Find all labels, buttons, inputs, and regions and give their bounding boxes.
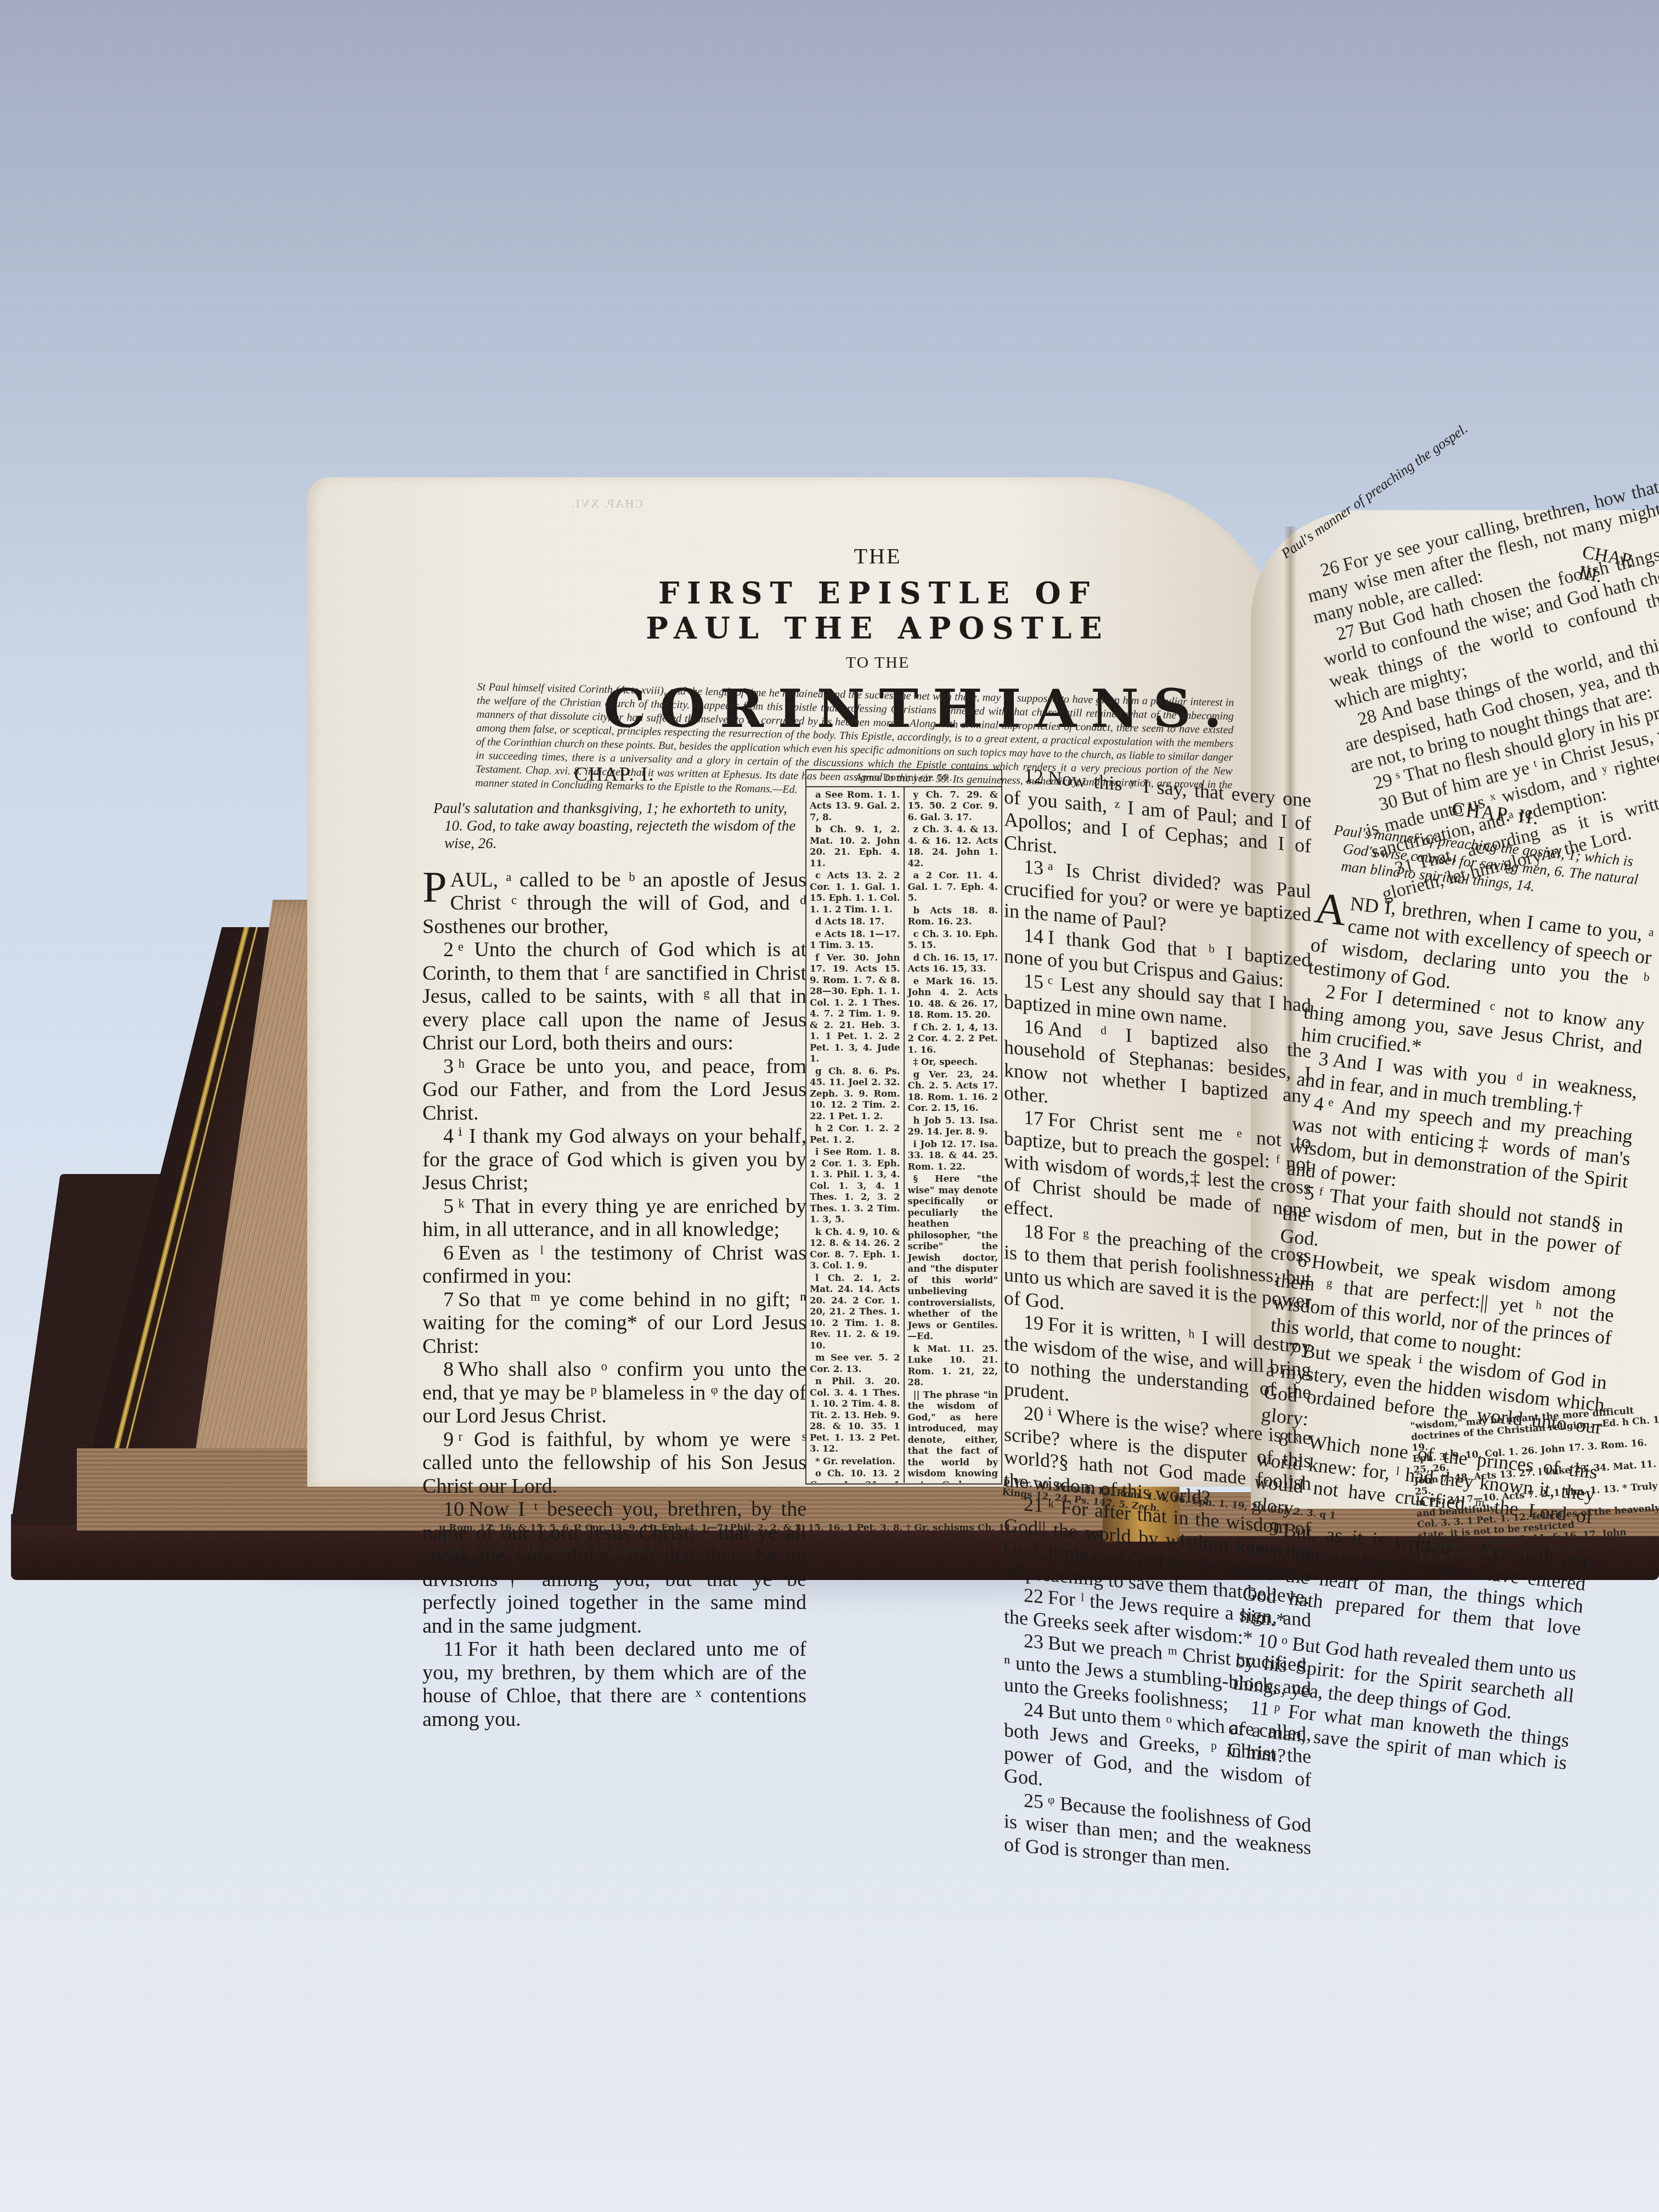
verse-11: 11For it hath been declared unto me of y… xyxy=(422,1638,806,1731)
cross-references-right: y Ch. 7. 29. & 15. 50. 2 Cor. 9. 6. Gal.… xyxy=(904,787,1002,1483)
verse-3: 3ʰ Grace be unto you, and peace, from Go… xyxy=(422,1055,806,1125)
left-text-column: CHAP. I. Paul's salutation and thanksgiv… xyxy=(422,763,806,1731)
verse-7: 7So that ᵐ ye come behind in no gift; ⁿ … xyxy=(422,1288,806,1358)
verse-4: 4ⁱ I thank my God always on your behalf,… xyxy=(422,1125,806,1195)
cross-references-left: a See Rom. 1. 1. Acts 13. 9. Gal. 2. 7, … xyxy=(806,787,904,1483)
dropcap-2: A xyxy=(1313,889,1348,930)
anno-domini-header: Anno Domini cir. 59. xyxy=(806,770,1001,787)
verse-1: PAUL, ᵃ called to be ᵇ an apostle of Jes… xyxy=(422,868,806,939)
show-through-running-head: CHAP. XVI. xyxy=(571,496,643,511)
verse-2: 2ᵉ Unto the church of God which is at Co… xyxy=(422,938,806,1055)
title-the: THE xyxy=(603,543,1152,569)
chapter-heading: CHAP. I. xyxy=(422,763,806,786)
verse-5: 5ᵏ That in every thing ye are enriched b… xyxy=(422,1195,806,1242)
verse-6: 6Even as ˡ the testimony of Christ was c… xyxy=(422,1242,806,1288)
page-number: (930) xyxy=(450,1553,490,1573)
right-page-footnotes: "wisdom," may be meant the more difficul… xyxy=(1410,1403,1659,1563)
cross-reference-column: Anno Domini cir. 59. a See Rom. 1. 1. Ac… xyxy=(805,769,1002,1485)
title-epistle: FIRST EPISTLE OF PAUL THE APOSTLE xyxy=(603,575,1152,646)
chapter-summary: Paul's salutation and thanksgiving, 1; h… xyxy=(422,799,806,852)
dropcap: P xyxy=(422,868,447,907)
verse-8: 8Who shall also ᵒ confirm you unto the e… xyxy=(422,1358,806,1428)
verse-9: 9ʳ God is faithful, by whom ye were ˢ ca… xyxy=(422,1428,806,1498)
left-page-footnotes: u Rom. 12. 16. & 15. 5, 6. 2 Cor. 13. 9,… xyxy=(439,1522,1020,1555)
title-to-the: TO THE xyxy=(603,653,1152,672)
